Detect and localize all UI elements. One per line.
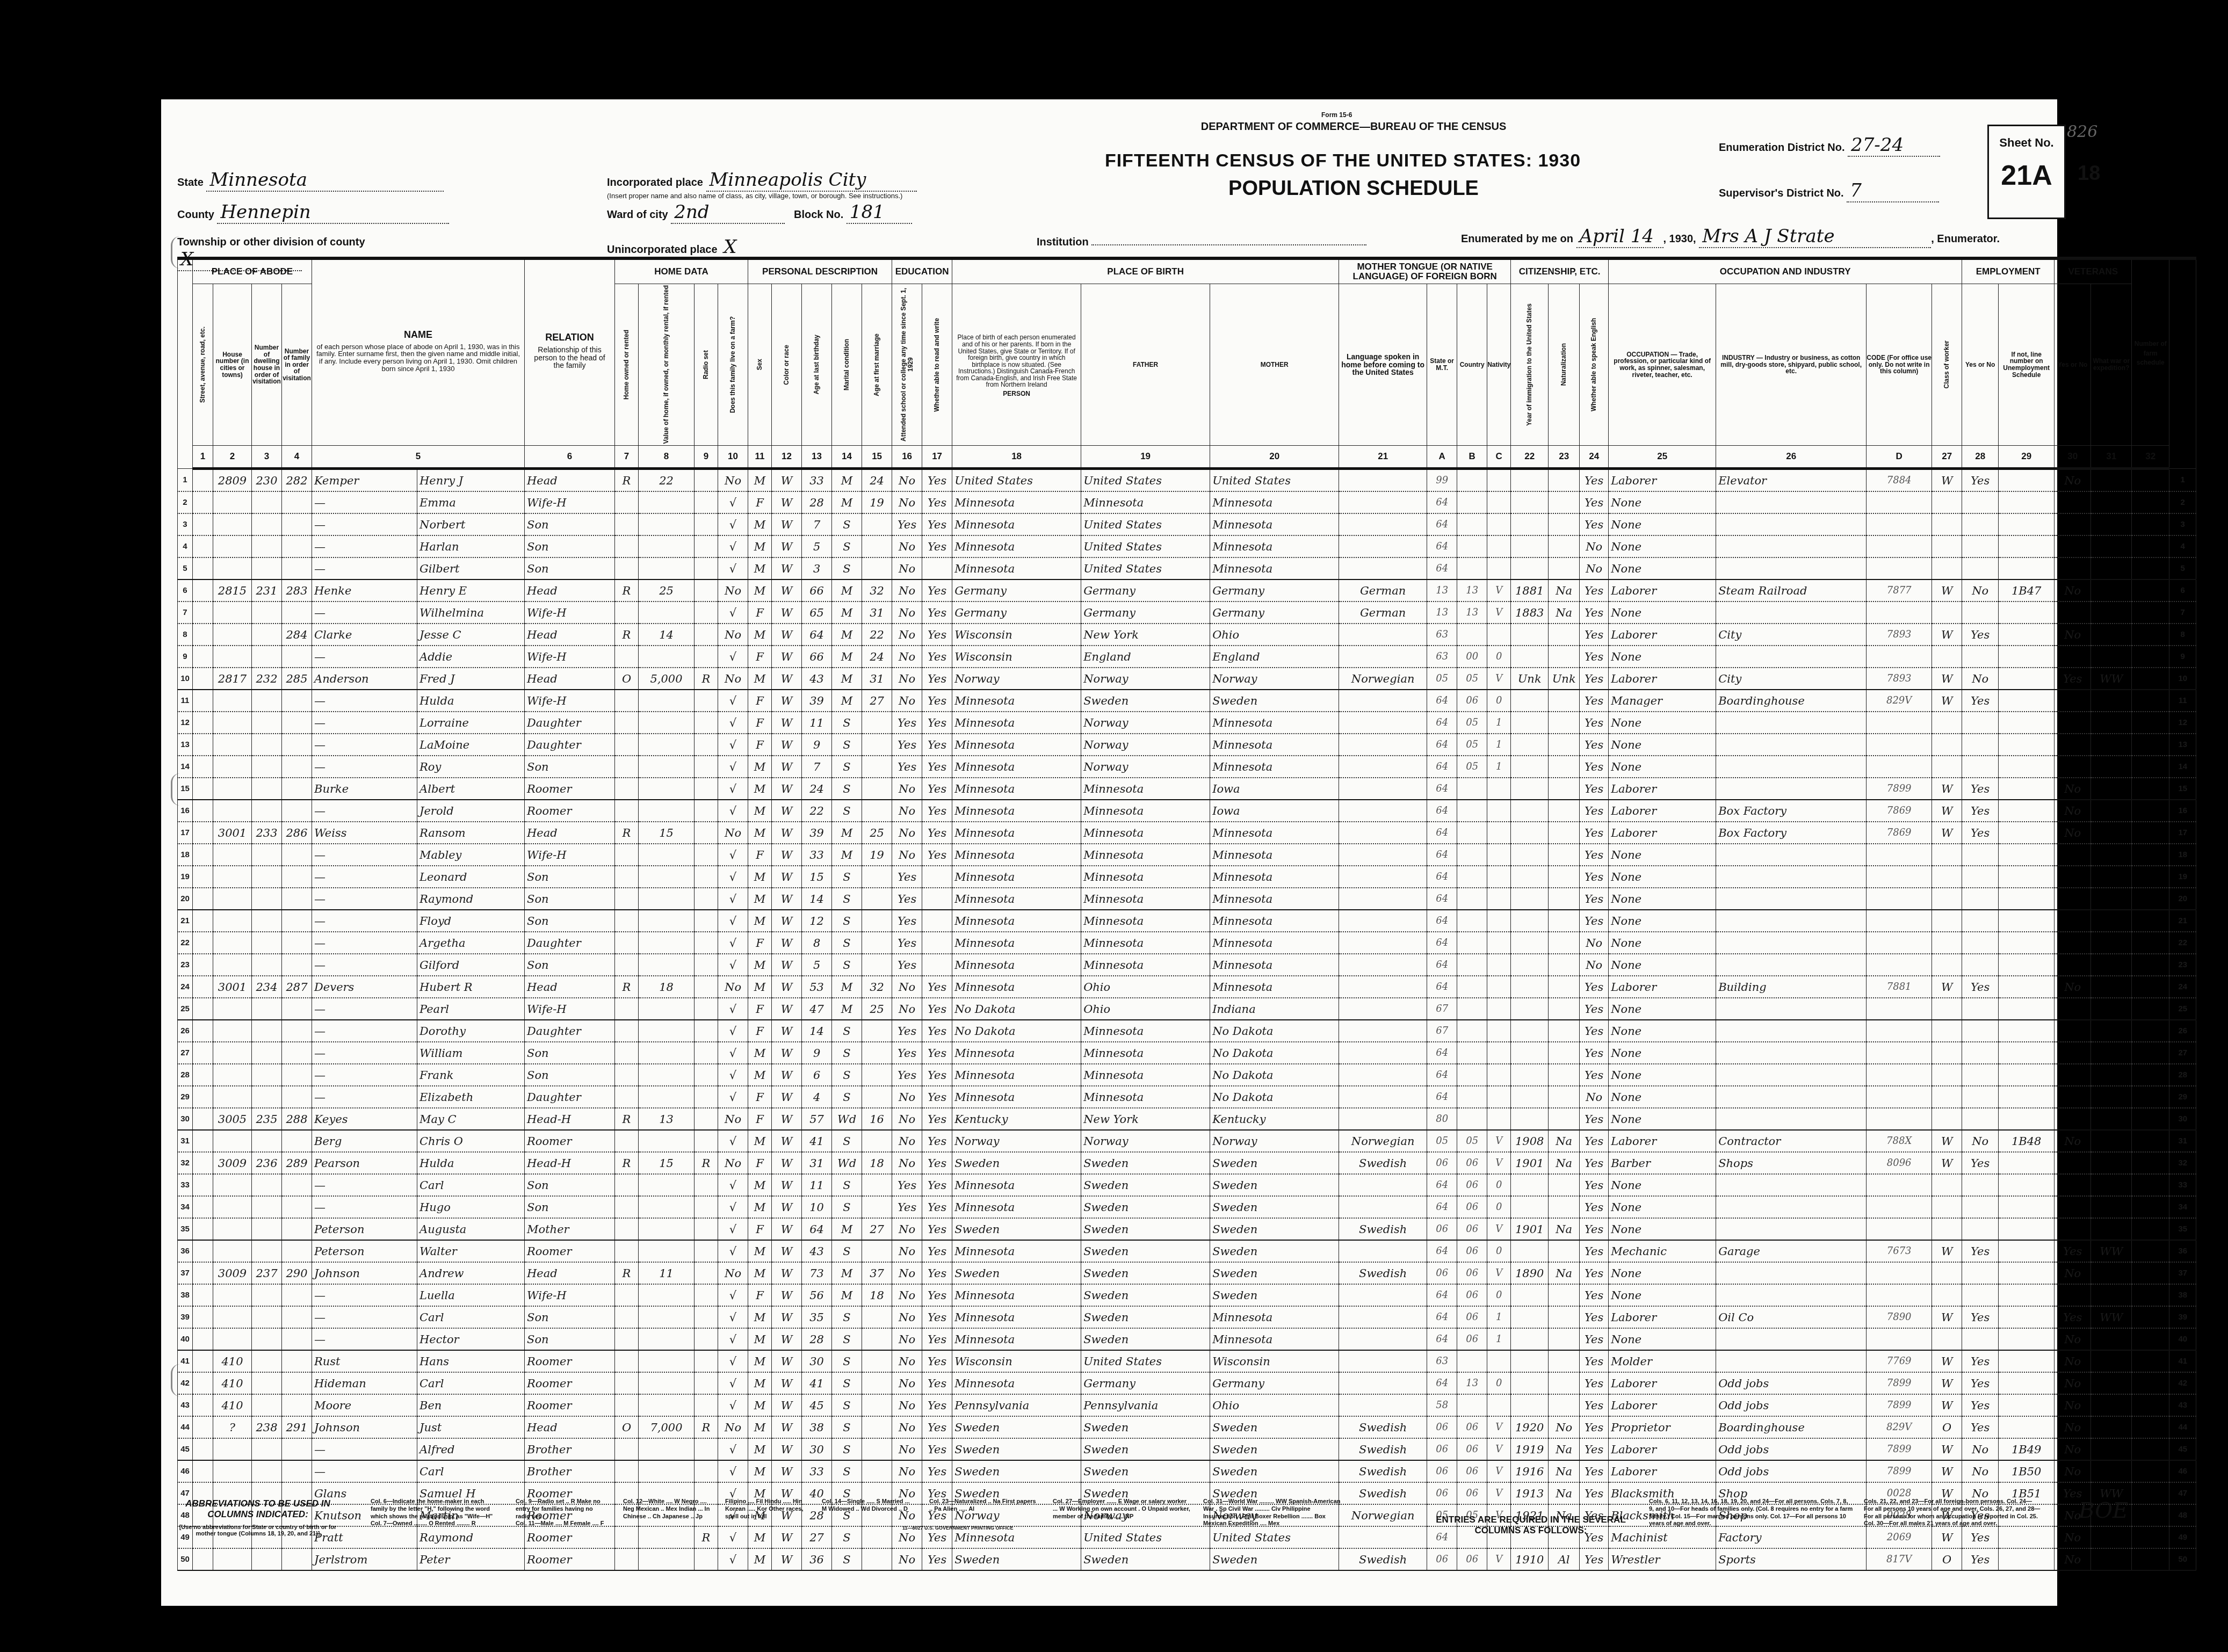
code-c-cell: [1487, 800, 1511, 822]
line-number-right: 38: [2169, 1284, 2196, 1306]
school-cell: No: [892, 1306, 922, 1328]
mother-tongue-cell: Swedish: [1339, 1152, 1427, 1174]
sex-cell: M: [748, 800, 772, 822]
line-number: 11: [178, 690, 193, 712]
immigration-year-cell: [1511, 844, 1549, 866]
mother-birthplace-cell: Iowa: [1210, 778, 1339, 800]
birthplace-cell: Minnesota: [952, 690, 1081, 712]
line-number: 36: [178, 1240, 193, 1262]
family-number-cell: [282, 1394, 312, 1416]
family-number-cell: [282, 1174, 312, 1196]
birthplace-cell: Sweden: [952, 1548, 1081, 1570]
naturalization-cell: [1549, 712, 1580, 734]
code-b-cell: 06: [1457, 1482, 1487, 1504]
line-number: 42: [178, 1372, 193, 1394]
farm-cell: √: [718, 712, 748, 734]
race-cell: W: [772, 1196, 802, 1218]
code-d-cell: 7769: [1867, 1350, 1932, 1372]
veteran-cell: Yes: [2055, 1306, 2091, 1328]
naturalization-cell: Na: [1549, 1460, 1580, 1482]
occupation-cell: None: [1609, 513, 1716, 535]
immigration-year-cell: Unk: [1511, 668, 1549, 690]
at-work-cell: [1962, 1262, 1999, 1284]
unemployment-line-cell: [1999, 932, 2055, 954]
col-number: 23: [1549, 446, 1580, 469]
line-number: 29: [178, 1086, 193, 1108]
mother-birthplace-cell: Iowa: [1210, 800, 1339, 822]
house-number-cell: [213, 1284, 252, 1306]
father-birthplace-cell: Pennsylvania: [1081, 1394, 1210, 1416]
speak-english-cell: Yes: [1580, 1350, 1609, 1372]
family-number-cell: [282, 932, 312, 954]
father-birthplace-cell: Minnesota: [1081, 491, 1210, 513]
veteran-cell: No: [2055, 1460, 2091, 1482]
age-cell: 28: [802, 491, 832, 513]
house-number-cell: [213, 1328, 252, 1350]
race-cell: W: [772, 1152, 802, 1174]
marital-cell: S: [832, 734, 862, 756]
code-c-cell: [1487, 469, 1511, 492]
code-a-cell: 06: [1427, 1460, 1457, 1482]
code-d-cell: 7899: [1867, 1372, 1932, 1394]
code-a-cell: 64: [1427, 954, 1457, 976]
sex-cell: M: [748, 888, 772, 910]
col-industry: INDUSTRY — Industry or business, as cott…: [1716, 284, 1867, 446]
col-age-first-marriage: Age at first marriage: [862, 284, 892, 446]
school-cell: Yes: [892, 954, 922, 976]
war-cell: [2091, 778, 2132, 800]
speak-english-cell: Yes: [1580, 1218, 1609, 1240]
speak-english-cell: Yes: [1580, 1284, 1609, 1306]
father-birthplace-cell: Minnesota: [1081, 866, 1210, 888]
school-cell: No: [892, 579, 922, 602]
race-cell: W: [772, 1548, 802, 1570]
farm-schedule-cell: [2132, 1306, 2169, 1328]
naturalization-cell: [1549, 469, 1580, 492]
code-b-cell: [1457, 557, 1487, 579]
industry-cell: [1716, 535, 1867, 557]
naturalization-cell: [1549, 1020, 1580, 1042]
line-number-right: 11: [2169, 690, 2196, 712]
owned-rented-cell: O: [615, 1416, 639, 1438]
farm-cell: √: [718, 998, 748, 1020]
read-write-cell: Yes: [922, 1174, 952, 1196]
at-work-cell: Yes: [1962, 778, 1999, 800]
occupation-cell: None: [1609, 756, 1716, 778]
farm-cell: √: [718, 535, 748, 557]
war-cell: [2091, 734, 2132, 756]
industry-cell: [1716, 712, 1867, 734]
table-row: 41410RustHansRoomer√MW30SNoYesWisconsinU…: [178, 1350, 2196, 1372]
mother-birthplace-cell: Ohio: [1210, 1394, 1339, 1416]
line-number: 46: [178, 1460, 193, 1482]
father-birthplace-cell: United States: [1081, 1350, 1210, 1372]
farm-cell: √: [718, 557, 748, 579]
house-number-cell: 410: [213, 1350, 252, 1372]
age-first-marriage-cell: [862, 1306, 892, 1328]
house-number-cell: 2815: [213, 579, 252, 602]
code-d-cell: 7884: [1867, 469, 1932, 492]
home-value-cell: [639, 602, 695, 624]
class-of-worker-cell: [1932, 1196, 1962, 1218]
line-number: 14: [178, 756, 193, 778]
speak-english-cell: Yes: [1580, 1174, 1609, 1196]
relation-cell: Roomer: [525, 1548, 615, 1570]
col-age: Age at last birthday: [802, 284, 832, 446]
farm-cell: No: [718, 579, 748, 602]
school-cell: No: [892, 1416, 922, 1438]
immigration-year-cell: 1913: [1511, 1482, 1549, 1504]
code-d-cell: [1867, 602, 1932, 624]
industry-cell: Odd jobs: [1716, 1372, 1867, 1394]
occupation-cell: Laborer: [1609, 822, 1716, 844]
speak-english-cell: Yes: [1580, 1372, 1609, 1394]
occupation-cell: None: [1609, 1196, 1716, 1218]
col-marital: Marital condition: [832, 284, 862, 446]
given-name-cell: Augusta: [417, 1218, 525, 1240]
farm-schedule-cell: [2132, 469, 2169, 492]
immigration-year-cell: [1511, 1064, 1549, 1086]
war-cell: [2091, 888, 2132, 910]
school-cell: Yes: [892, 888, 922, 910]
code-d-cell: 7869: [1867, 800, 1932, 822]
code-b-cell: 05: [1457, 734, 1487, 756]
mother-birthplace-cell: Minnesota: [1210, 822, 1339, 844]
age-cell: 38: [802, 1416, 832, 1438]
immigration-year-cell: [1511, 1350, 1549, 1372]
war-cell: [2091, 1548, 2132, 1570]
entries-required-2: Cols. 21, 22, and 23—For all foreign-bor…: [1864, 1498, 2041, 1528]
family-number-cell: [282, 1196, 312, 1218]
mother-tongue-cell: [1339, 513, 1427, 535]
given-name-cell: Henry E: [417, 579, 525, 602]
industry-cell: City: [1716, 668, 1867, 690]
naturalization-cell: Na: [1549, 602, 1580, 624]
age-first-marriage-cell: 31: [862, 668, 892, 690]
relation-cell: Son: [525, 954, 615, 976]
code-d-cell: [1867, 1218, 1932, 1240]
race-cell: W: [772, 954, 802, 976]
class-of-worker-cell: W: [1932, 822, 1962, 844]
line-number-right: 46: [2169, 1460, 2196, 1482]
occupation-cell: Molder: [1609, 1350, 1716, 1372]
unemployment-line-cell: [1999, 734, 2055, 756]
home-value-cell: 15: [639, 1152, 695, 1174]
farm-schedule-cell: [2132, 910, 2169, 932]
line-number: 4: [178, 535, 193, 557]
unemployment-line-cell: 1B49: [1999, 1438, 2055, 1460]
dwelling-number-cell: [252, 1196, 282, 1218]
code-c-cell: 1: [1487, 1328, 1511, 1350]
code-d-cell: [1867, 734, 1932, 756]
given-name-cell: Carl: [417, 1460, 525, 1482]
speak-english-cell: Yes: [1580, 998, 1609, 1020]
house-number-cell: [213, 1064, 252, 1086]
race-cell: W: [772, 1328, 802, 1350]
surname-cell: —: [312, 998, 417, 1020]
given-name-cell: Hulda: [417, 690, 525, 712]
surname-cell: —: [312, 954, 417, 976]
unemployment-line-cell: [1999, 1240, 2055, 1262]
immigration-year-cell: [1511, 624, 1549, 646]
family-number-cell: [282, 602, 312, 624]
owned-rented-cell: [615, 1240, 639, 1262]
read-write-cell: Yes: [922, 1108, 952, 1130]
birthplace-cell: Minnesota: [952, 1372, 1081, 1394]
sex-cell: M: [748, 1350, 772, 1372]
group-mother-tongue: MOTHER TONGUE (OR NATIVE LANGUAGE) OF FO…: [1339, 258, 1511, 284]
read-write-cell: Yes: [922, 579, 952, 602]
school-cell: No: [892, 646, 922, 668]
mother-birthplace-cell: Minnesota: [1210, 844, 1339, 866]
line-number: 10: [178, 668, 193, 690]
code-d-cell: [1867, 1174, 1932, 1196]
radio-cell: [695, 579, 718, 602]
race-cell: W: [772, 800, 802, 822]
farm-schedule-cell: [2132, 1152, 2169, 1174]
farm-schedule-cell: [2132, 1020, 2169, 1042]
code-b-cell: 06: [1457, 1284, 1487, 1306]
family-number-cell: [282, 998, 312, 1020]
school-cell: No: [892, 976, 922, 998]
table-row: 22—ArgethaDaughter√FW8SYesMinnesotaMinne…: [178, 932, 2196, 954]
farm-schedule-cell: [2132, 1328, 2169, 1350]
age-first-marriage-cell: [862, 1526, 892, 1548]
radio-cell: [695, 1042, 718, 1064]
surname-cell: —: [312, 602, 417, 624]
relation-cell: Son: [525, 1042, 615, 1064]
owned-rented-cell: [615, 1350, 639, 1372]
age-first-marriage-cell: 32: [862, 579, 892, 602]
code-b-cell: 05: [1457, 1130, 1487, 1152]
code-b-cell: [1457, 910, 1487, 932]
race-cell: W: [772, 646, 802, 668]
immigration-year-cell: [1511, 800, 1549, 822]
surname-cell: Weiss: [312, 822, 417, 844]
mother-tongue-cell: [1339, 1306, 1427, 1328]
age-first-marriage-cell: [862, 1438, 892, 1460]
race-cell: W: [772, 535, 802, 557]
given-name-cell: Chris O: [417, 1130, 525, 1152]
age-cell: 36: [802, 1548, 832, 1570]
war-cell: [2091, 954, 2132, 976]
table-row: 373009237290JohnsonAndrewHeadR11NoMW73M3…: [178, 1262, 2196, 1284]
sex-cell: F: [748, 1108, 772, 1130]
surname-cell: —: [312, 1328, 417, 1350]
line-number-right: 12: [2169, 712, 2196, 734]
speak-english-cell: Yes: [1580, 800, 1609, 822]
speak-english-cell: No: [1580, 1086, 1609, 1108]
radio-cell: [695, 624, 718, 646]
veteran-cell: [2055, 646, 2091, 668]
age-cell: 5: [802, 954, 832, 976]
family-number-cell: [282, 844, 312, 866]
dwelling-number-cell: [252, 1064, 282, 1086]
read-write-cell: Yes: [922, 1196, 952, 1218]
given-name-cell: Argetha: [417, 932, 525, 954]
code-c-cell: [1487, 778, 1511, 800]
mother-birthplace-cell: Minnesota: [1210, 932, 1339, 954]
class-of-worker-cell: W: [1932, 976, 1962, 998]
industry-cell: Odd jobs: [1716, 1460, 1867, 1482]
class-of-worker-cell: W: [1932, 1130, 1962, 1152]
line-number-right: 23: [2169, 954, 2196, 976]
unemployment-line-cell: [1999, 1042, 2055, 1064]
owned-rented-cell: R: [615, 1108, 639, 1130]
code-a-cell: 64: [1427, 734, 1457, 756]
veteran-cell: [2055, 1108, 2091, 1130]
line-number-right: 22: [2169, 932, 2196, 954]
family-number-cell: [282, 557, 312, 579]
family-number-cell: 289: [282, 1152, 312, 1174]
age-first-marriage-cell: [862, 888, 892, 910]
speak-english-cell: Yes: [1580, 602, 1609, 624]
sex-cell: M: [748, 624, 772, 646]
father-birthplace-cell: Minnesota: [1081, 1086, 1210, 1108]
mother-tongue-cell: Swedish: [1339, 1416, 1427, 1438]
radio-cell: [695, 844, 718, 866]
class-of-worker-cell: [1932, 866, 1962, 888]
sheet-number-box: Sheet No.21A: [1987, 125, 2066, 219]
code-b-cell: [1457, 998, 1487, 1020]
class-of-worker-cell: [1932, 756, 1962, 778]
sex-cell: M: [748, 1416, 772, 1438]
home-value-cell: [639, 1284, 695, 1306]
occupation-cell: Laborer: [1609, 1130, 1716, 1152]
code-d-cell: [1867, 888, 1932, 910]
line-number-right: 16: [2169, 800, 2196, 822]
farm-cell: No: [718, 624, 748, 646]
mother-birthplace-cell: Minnesota: [1210, 756, 1339, 778]
house-number-cell: 3009: [213, 1262, 252, 1284]
sex-cell: M: [748, 513, 772, 535]
industry-cell: Odd jobs: [1716, 1438, 1867, 1460]
farm-schedule-cell: [2132, 1284, 2169, 1306]
home-value-cell: [639, 1196, 695, 1218]
family-number-cell: [282, 888, 312, 910]
class-of-worker-cell: W: [1932, 778, 1962, 800]
veteran-cell: No: [2055, 778, 2091, 800]
farm-cell: No: [718, 822, 748, 844]
house-number-cell: [213, 1306, 252, 1328]
street-cell: [193, 1042, 213, 1064]
code-c-cell: [1487, 491, 1511, 513]
industry-cell: [1716, 1328, 1867, 1350]
industry-cell: [1716, 954, 1867, 976]
surname-cell: —: [312, 513, 417, 535]
col-number: 19: [1081, 446, 1210, 469]
col-number: 22: [1511, 446, 1549, 469]
street-cell: [193, 469, 213, 492]
birthplace-cell: Minnesota: [952, 1284, 1081, 1306]
farm-cell: √: [718, 1284, 748, 1306]
mother-birthplace-cell: Sweden: [1210, 1416, 1339, 1438]
code-d-cell: 829V: [1867, 690, 1932, 712]
code-d-cell: [1867, 1042, 1932, 1064]
owned-rented-cell: R: [615, 624, 639, 646]
class-of-worker-cell: [1932, 734, 1962, 756]
line-number-right: 45: [2169, 1438, 2196, 1460]
birthplace-cell: United States: [952, 469, 1081, 492]
war-cell: [2091, 1262, 2132, 1284]
mother-birthplace-cell: Minnesota: [1210, 734, 1339, 756]
mother-tongue-cell: [1339, 646, 1427, 668]
occupation-cell: Manager: [1609, 690, 1716, 712]
immigration-year-cell: [1511, 1108, 1549, 1130]
birthplace-cell: Minnesota: [952, 1306, 1081, 1328]
dwelling-number-cell: [252, 1460, 282, 1482]
line-number: 26: [178, 1020, 193, 1042]
relation-cell: Wife-H: [525, 646, 615, 668]
surname-cell: Berg: [312, 1130, 417, 1152]
col-class-of-worker: Class of worker: [1932, 284, 1962, 446]
age-cell: 73: [802, 1262, 832, 1284]
school-cell: Yes: [892, 756, 922, 778]
relation-cell: Roomer: [525, 1130, 615, 1152]
at-work-cell: [1962, 1042, 1999, 1064]
naturalization-cell: [1549, 1086, 1580, 1108]
home-value-cell: [639, 1042, 695, 1064]
naturalization-cell: [1549, 1174, 1580, 1196]
line-number-right: 34: [2169, 1196, 2196, 1218]
surname-cell: —: [312, 646, 417, 668]
school-cell: Yes: [892, 910, 922, 932]
age-first-marriage-cell: 27: [862, 690, 892, 712]
radio-cell: [695, 1086, 718, 1108]
race-cell: W: [772, 1372, 802, 1394]
race-cell: W: [772, 1284, 802, 1306]
read-write-cell: Yes: [922, 778, 952, 800]
family-number-cell: [282, 1306, 312, 1328]
code-a-cell: 64: [1427, 513, 1457, 535]
line-number-right: 28: [2169, 1064, 2196, 1086]
class-of-worker-cell: [1932, 1020, 1962, 1042]
age-first-marriage-cell: [862, 1042, 892, 1064]
veteran-cell: [2055, 1196, 2091, 1218]
given-name-cell: Alfred: [417, 1438, 525, 1460]
surname-cell: —: [312, 1042, 417, 1064]
at-work-cell: Yes: [1962, 1416, 1999, 1438]
code-a-cell: 64: [1427, 1174, 1457, 1196]
father-birthplace-cell: Minnesota: [1081, 954, 1210, 976]
mother-birthplace-cell: Minnesota: [1210, 1306, 1339, 1328]
owned-rented-cell: [615, 712, 639, 734]
occupation-cell: None: [1609, 910, 1716, 932]
naturalization-cell: Na: [1549, 1482, 1580, 1504]
surname-cell: Kemper: [312, 469, 417, 492]
father-birthplace-cell: United States: [1081, 535, 1210, 557]
veteran-cell: [2055, 690, 2091, 712]
table-row: 46—CarlBrother√MW33SNoYesSwedenSwedenSwe…: [178, 1460, 2196, 1482]
code-a-cell: 06: [1427, 1438, 1457, 1460]
reviewer-initials: BOE: [2079, 1498, 2128, 1523]
read-write-cell: Yes: [922, 998, 952, 1020]
father-birthplace-cell: Norway: [1081, 1130, 1210, 1152]
sex-cell: F: [748, 932, 772, 954]
veteran-cell: [2055, 844, 2091, 866]
birthplace-cell: Minnesota: [952, 513, 1081, 535]
race-cell: W: [772, 690, 802, 712]
read-write-cell: Yes: [922, 1460, 952, 1482]
industry-cell: [1716, 1108, 1867, 1130]
class-of-worker-cell: [1932, 535, 1962, 557]
war-cell: WW: [2091, 668, 2132, 690]
col-farm-schedule: Number of farm schedule: [2132, 258, 2169, 446]
given-name-cell: Walter: [417, 1240, 525, 1262]
street-cell: [193, 535, 213, 557]
given-name-cell: Dorothy: [417, 1020, 525, 1042]
relation-cell: Wife-H: [525, 690, 615, 712]
